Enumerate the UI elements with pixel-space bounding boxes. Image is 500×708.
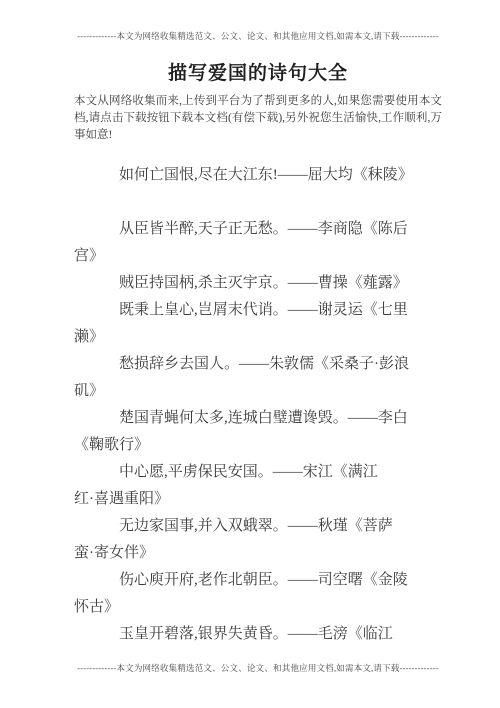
poem-line: 矶》 [74, 378, 442, 405]
poem-item: 楚国青蝇何太多,连城白璧遭谗毁。——李白《鞠歌行》 [74, 405, 442, 459]
poem-item: 愁损辞乡去国人。——朱敦儒《采桑子·彭浪矶》 [74, 351, 442, 405]
footer-note: -------------本文为网络收集精选范文、公文、论文、和其他应用文档,如… [74, 662, 442, 674]
poem-line: 宫》 [74, 243, 442, 270]
poem-item: 贼臣持国柄,杀主灭宇京。——曹操《薤露》 [74, 270, 442, 297]
poem-line: 红·喜遇重阳》 [74, 486, 442, 513]
document-page: -------------本文为网络收集精选范文、公文、论文、和其他应用文档,如… [0, 0, 500, 708]
poem-item: 中心愿,平虏保民安国。——宋江《满江红·喜遇重阳》 [74, 459, 442, 513]
poem-line: 中心愿,平虏保民安国。——宋江《满江 [74, 459, 442, 486]
poem-line: 《鞠歌行》 [74, 432, 442, 459]
poem-line: 无边家国事,并入双蛾翠。——秋瑾《菩萨 [74, 513, 442, 540]
poem-item: 从臣皆半醉,天子正无愁。——李商隐《陈后宫》 [74, 216, 442, 270]
poem-list: 如何亡国恨,尽在大江东!——屈大均《秣陵》从臣皆半醉,天子正无愁。——李商隐《陈… [74, 162, 442, 648]
poem-line: 愁损辞乡去国人。——朱敦儒《采桑子·彭浪 [74, 351, 442, 378]
poem-item: 如何亡国恨,尽在大江东!——屈大均《秣陵》 [74, 162, 442, 189]
poem-item: 既秉上皇心,岂屑末代诮。——谢灵运《七里濑》 [74, 297, 442, 351]
page-title: 描写爱国的诗句大全 [74, 58, 442, 85]
poem-line: 既秉上皇心,岂屑末代诮。——谢灵运《七里 [74, 297, 442, 324]
poem-item: 伤心庾开府,老作北朝臣。——司空曙《金陵怀古》 [74, 567, 442, 621]
poem-item: 玉皇开碧落,银界失黄昏。——毛滂《临江 [74, 621, 442, 648]
poem-line: 从臣皆半醉,天子正无愁。——李商隐《陈后 [74, 216, 442, 243]
header-note: -------------本文为网络收集精选范文、公文、论文、和其他应用文档,如… [74, 30, 442, 42]
poem-line: 伤心庾开府,老作北朝臣。——司空曙《金陵 [74, 567, 442, 594]
poem-line: 贼臣持国柄,杀主灭宇京。——曹操《薤露》 [74, 270, 442, 297]
poem-line: 玉皇开碧落,银界失黄昏。——毛滂《临江 [74, 621, 442, 648]
poem-line: 濑》 [74, 324, 442, 351]
poem-line: 如何亡国恨,尽在大江东!——屈大均《秣陵》 [74, 162, 442, 189]
poem-line: 楚国青蝇何太多,连城白璧遭谗毁。——李白 [74, 405, 442, 432]
poem-line: 怀古》 [74, 594, 442, 621]
poem-line: 蛮·寄女伴》 [74, 540, 442, 567]
poem-item: 无边家国事,并入双蛾翠。——秋瑾《菩萨蛮·寄女伴》 [74, 513, 442, 567]
intro-paragraph: 本文从网络收集而来,上传到平台为了帮到更多的人,如果您需要使用本文档,请点击下载… [74, 93, 442, 144]
